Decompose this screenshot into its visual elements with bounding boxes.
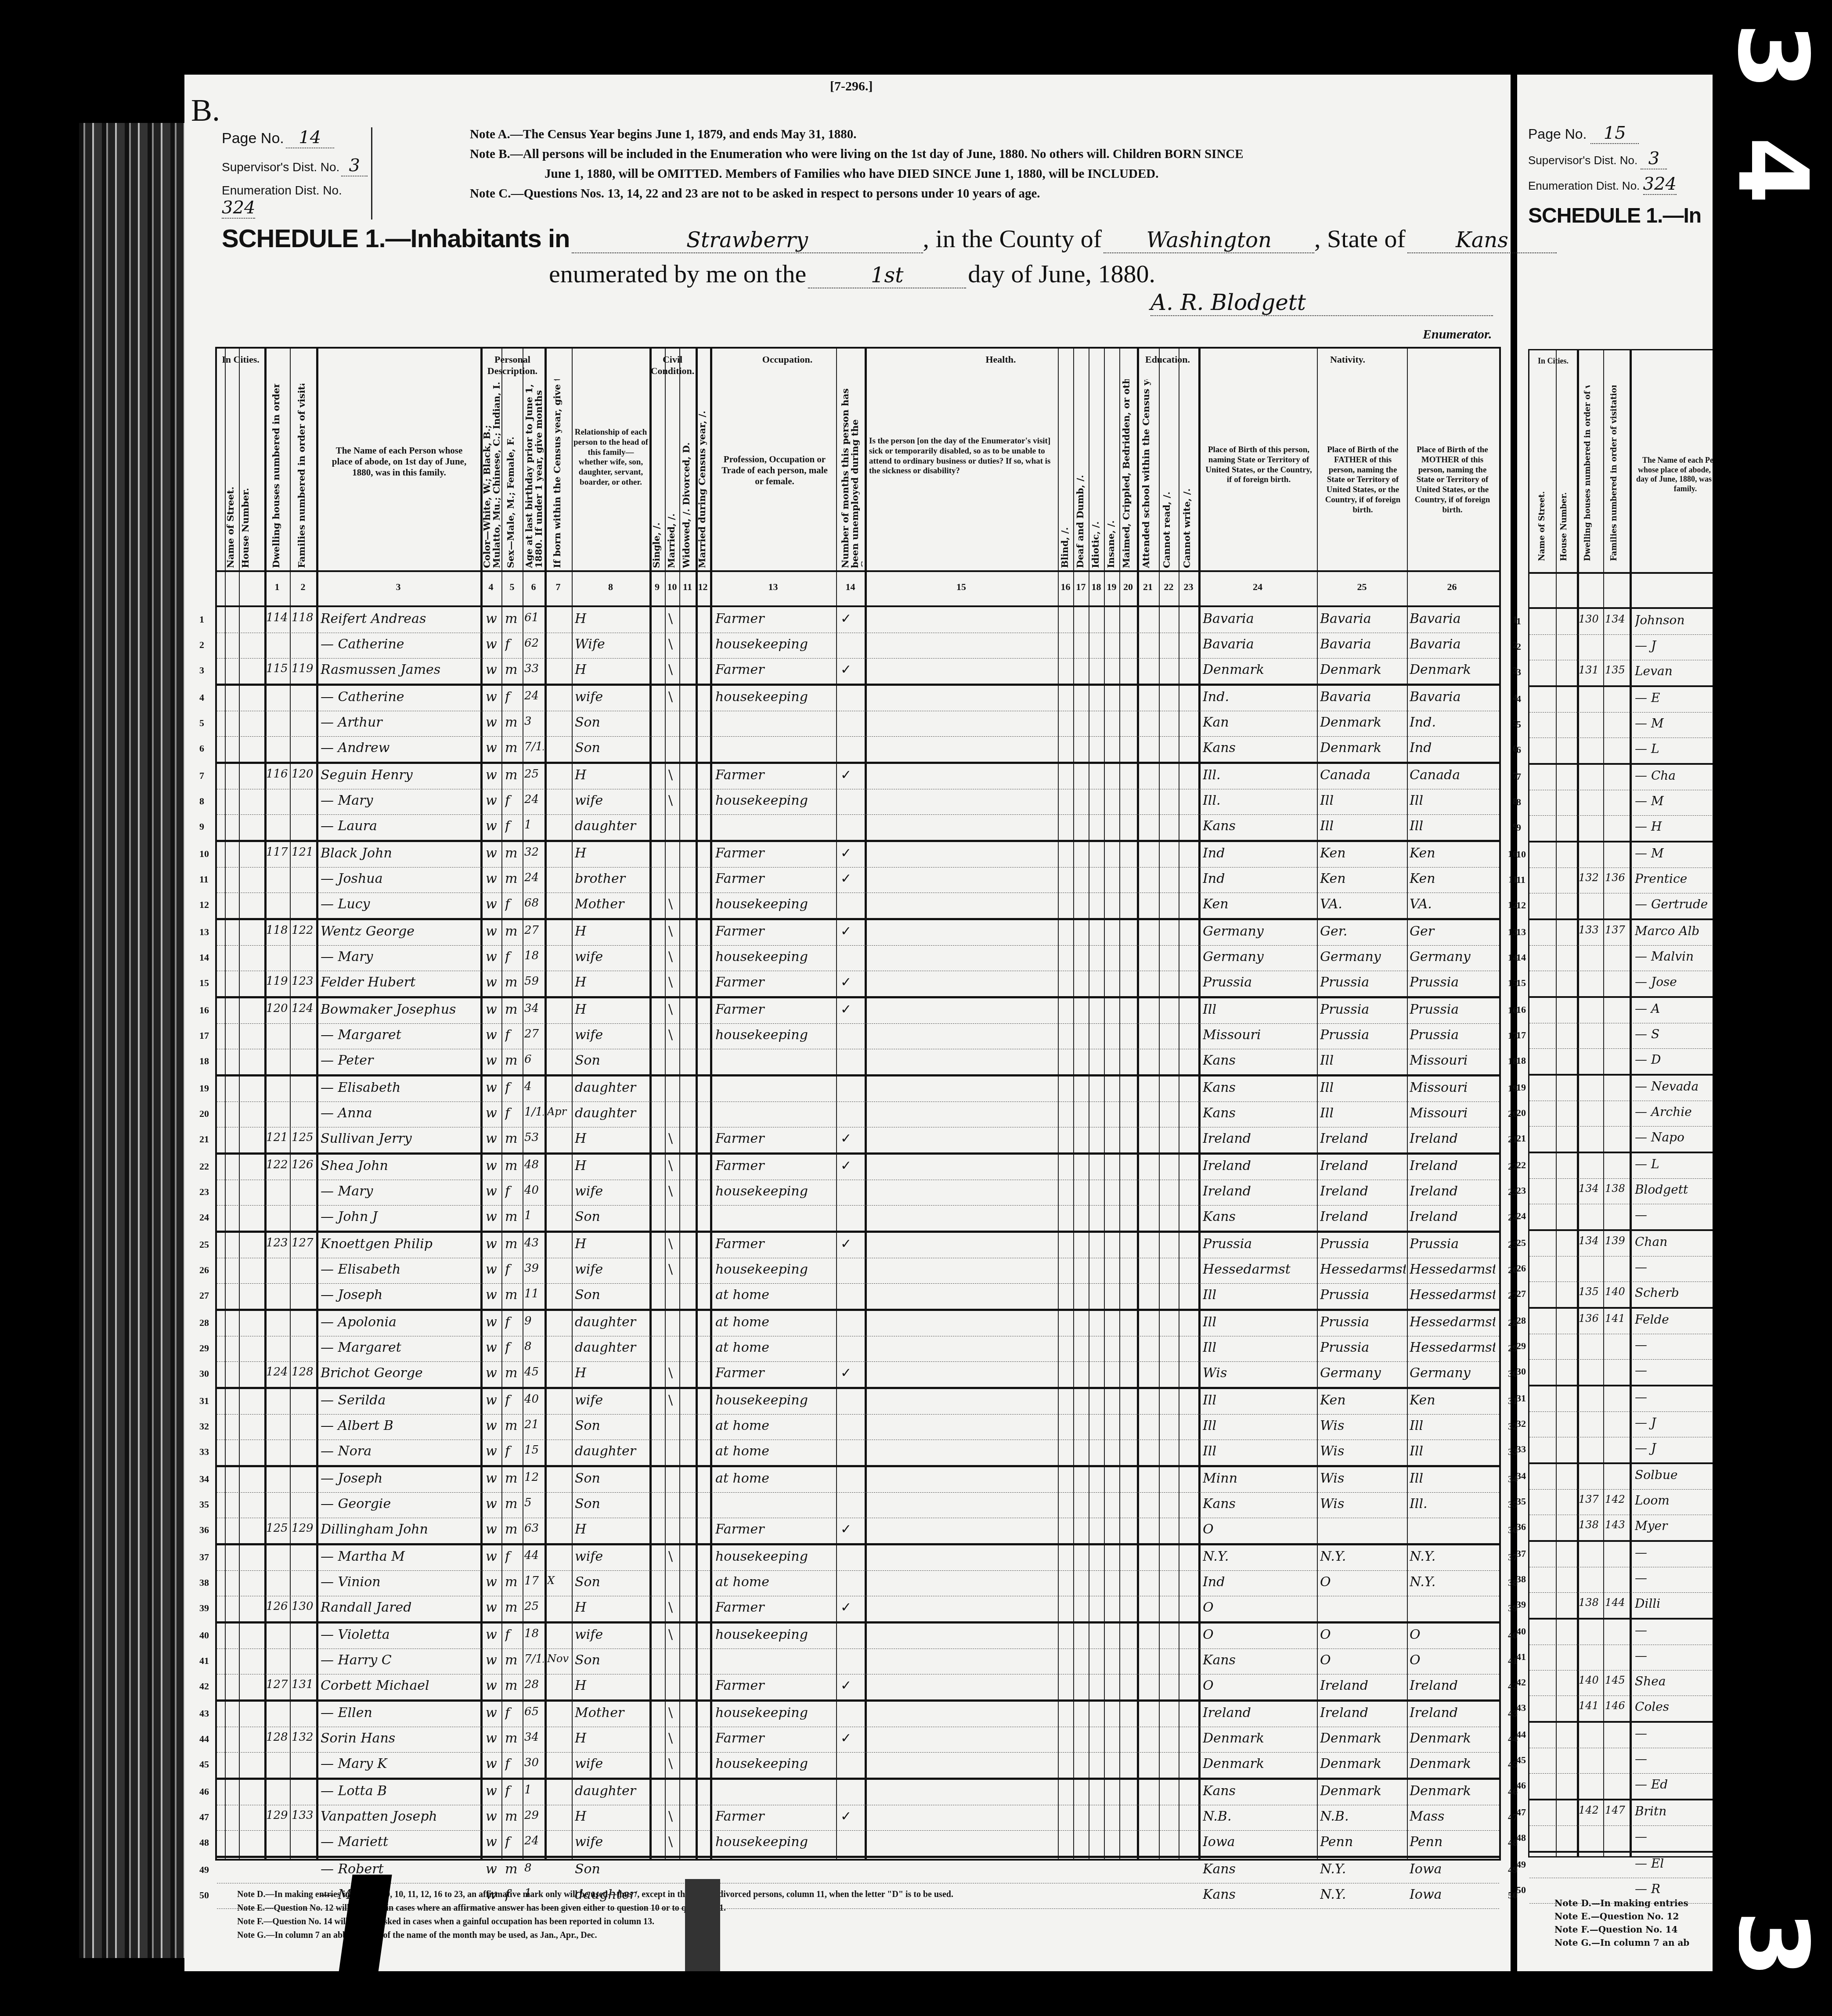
census-rows: 1 114 118 Reifert Andreas w m 61 H \ Far… (217, 608, 1499, 1909)
married-mark: \ (668, 1158, 679, 1174)
color: w (486, 1756, 500, 1771)
rp-family-number: 147 (1605, 1804, 1629, 1816)
married-mark: \ (668, 949, 679, 965)
line-number: 13 (199, 926, 209, 938)
father-birthplace: Prussia (1320, 975, 1406, 990)
rp-table-row: 4 — E (1529, 687, 1736, 713)
sex: f (505, 637, 522, 652)
occupation: Farmer (715, 1236, 834, 1252)
rp-table-row: 38 — (1529, 1567, 1736, 1593)
rp-family-number: 141 (1605, 1312, 1629, 1325)
person-name: — Mariett (321, 1834, 479, 1850)
colnum-2: 2 (290, 581, 316, 593)
person-name: — Catherine (321, 637, 479, 652)
line-number: 45 (199, 1759, 209, 1770)
sex: m (505, 871, 522, 886)
dwelling-number: 122 (266, 1158, 289, 1171)
colnum-24: 24 (1198, 581, 1317, 593)
state-label: , State of (1314, 224, 1406, 253)
occupation: at home (715, 1418, 834, 1433)
age: 48 (524, 1158, 544, 1171)
mother-birthplace: Hessedarmst (1410, 1262, 1495, 1277)
family-number: 124 (292, 1002, 315, 1015)
rp-supervisors-value: 3 (1641, 148, 1667, 169)
age: 24 (524, 871, 544, 884)
relationship: brother (575, 871, 647, 886)
rp-line-number: 32 (1516, 1418, 1526, 1429)
father-birthplace: Ireland (1320, 1184, 1406, 1199)
relationship: H (575, 1678, 647, 1693)
father-birthplace: Ill (1320, 1080, 1406, 1095)
mother-birthplace: Ireland (1410, 1131, 1495, 1146)
header-idiotic: Idiotic, /. (1091, 379, 1102, 568)
table-row: 36 125 129 Dillingham John w m 63 H Farm… (217, 1518, 1499, 1545)
age: 25 (524, 1600, 544, 1613)
rp-line-number: 14 (1516, 952, 1526, 963)
person-name: — Joshua (321, 871, 479, 886)
sex: m (505, 1158, 522, 1174)
relationship: H (575, 1236, 647, 1252)
relationship: daughter (575, 1080, 647, 1095)
header-deaf: Deaf and Dumb, /. (1075, 379, 1087, 568)
birthplace: Iowa (1203, 1834, 1315, 1850)
sex: f (505, 1756, 522, 1771)
rp-header-house: House Number. (1560, 385, 1572, 561)
line-number: 16 (199, 1004, 209, 1016)
father-birthplace: Denmark (1320, 740, 1406, 756)
dwelling-number: 120 (266, 1002, 289, 1015)
color: w (486, 949, 500, 965)
dwelling-number: 123 (266, 1236, 289, 1249)
color: w (486, 1053, 500, 1068)
header-single: Single, /. (652, 379, 663, 568)
rp-line-number: 46 (1516, 1780, 1526, 1791)
rp-family-number: 139 (1605, 1235, 1629, 1247)
color: w (486, 1393, 500, 1408)
rp-line-number: 38 (1516, 1573, 1526, 1585)
line-number: 9 (199, 821, 204, 832)
father-birthplace: Germany (1320, 949, 1406, 965)
colnum-8: 8 (572, 581, 649, 593)
age: 24 (524, 793, 544, 806)
birthplace: Ill (1203, 1002, 1315, 1017)
color: w (486, 1574, 500, 1590)
line-number: 43 (199, 1708, 209, 1719)
rp-dwelling-number: 131 (1579, 664, 1602, 676)
birthplace: Kans (1203, 740, 1315, 756)
color: w (486, 689, 500, 705)
occupation: housekeeping (715, 689, 834, 705)
married-mark: \ (668, 896, 679, 912)
line-number: 46 (199, 1786, 209, 1797)
unemployed-mark: ✓ (840, 1236, 862, 1252)
relationship: wife (575, 1184, 647, 1199)
family-number: 118 (292, 611, 315, 624)
sex: f (505, 949, 522, 965)
line-number: 39 (199, 1602, 209, 1614)
color: w (486, 1809, 500, 1824)
family-number: 121 (292, 846, 315, 859)
family-number: 131 (292, 1678, 315, 1691)
color: w (486, 740, 500, 756)
header-school: Attended school within the Census year, … (1141, 379, 1157, 568)
line-number: 31 (199, 1395, 209, 1407)
rp-line-number: 13 (1516, 926, 1526, 938)
age: 45 (524, 1365, 544, 1379)
father-birthplace: Ken (1320, 1393, 1406, 1408)
rp-family-number: 137 (1605, 924, 1629, 936)
occupation: Farmer (715, 846, 834, 861)
age: 29 (524, 1809, 544, 1822)
married-mark: \ (668, 1756, 679, 1771)
age: 28 (524, 1678, 544, 1691)
father-birthplace: Bavaria (1320, 611, 1406, 626)
sex: f (505, 1080, 522, 1095)
mother-birthplace: Denmark (1410, 662, 1495, 677)
line-number: 6 (199, 743, 204, 754)
relationship: wife (575, 1027, 647, 1043)
color: w (486, 1652, 500, 1668)
person-name: — Apolonia (321, 1314, 479, 1330)
colnum-26: 26 (1407, 581, 1497, 593)
dwelling-number: 129 (266, 1809, 289, 1822)
birthplace: Ind (1203, 871, 1315, 886)
rp-dwelling-number: 141 (1579, 1699, 1602, 1712)
rp-table-row: 35 137 142 Loom (1529, 1490, 1736, 1515)
relationship: daughter (575, 818, 647, 834)
occupation: housekeeping (715, 1834, 834, 1850)
table-row: 32 — Albert B w m 21 Son at home Ill Wis… (217, 1415, 1499, 1440)
dwelling-number: 116 (266, 767, 289, 781)
unemployed-mark: ✓ (840, 1731, 862, 1746)
birthplace: Ill (1203, 1418, 1315, 1433)
father-birthplace: Prussia (1320, 1287, 1406, 1303)
mother-birthplace: Ireland (1410, 1705, 1495, 1721)
mother-birthplace: N.Y. (1410, 1574, 1495, 1590)
rp-table-row: 1 130 134 Johnson (1529, 609, 1736, 635)
table-row: 45 — Mary K w f 30 wife \ housekeeping D… (217, 1753, 1499, 1780)
mother-birthplace: Ken (1410, 846, 1495, 861)
line-number: 37 (199, 1552, 209, 1563)
father-birthplace: Wis (1320, 1496, 1406, 1512)
rp-table-row: 39 138 144 Dilli (1529, 1593, 1736, 1620)
rp-dwelling-number: 138 (1579, 1596, 1602, 1609)
father-birthplace: Ken (1320, 871, 1406, 886)
person-name: — Violetta (321, 1627, 479, 1642)
enumerator-signature: A. R. Blodgett (1150, 290, 1493, 316)
relationship: H (575, 1731, 647, 1746)
color: w (486, 1027, 500, 1043)
unemployed-mark: ✓ (840, 924, 862, 939)
person-name: — Peter (321, 1053, 479, 1068)
mother-birthplace: Mass (1410, 1809, 1495, 1824)
color: w (486, 1340, 500, 1355)
rp-table-row: 46 — Ed (1529, 1774, 1736, 1800)
age: 68 (524, 896, 544, 910)
dwelling-number: 125 (266, 1522, 289, 1535)
birth-month: X (547, 1574, 571, 1587)
unemployed-mark: ✓ (840, 662, 862, 677)
rp-supervisors-label: Supervisor's Dist. No. (1528, 154, 1637, 167)
line-number: 36 (199, 1524, 209, 1536)
rp-dwelling-number: 133 (1579, 924, 1602, 936)
sex: m (505, 975, 522, 990)
father-birthplace: Ken (1320, 846, 1406, 861)
enumerated-line: enumerated by me on the 1st day of June,… (549, 259, 1155, 288)
line-number: 5 (199, 717, 204, 729)
header-birth: Place of Birth of this person, naming St… (1203, 445, 1315, 485)
relationship: Son (575, 1209, 647, 1224)
line-number: 32 (199, 1421, 209, 1432)
person-name: — Nora (321, 1444, 479, 1459)
color: w (486, 1262, 500, 1277)
colnum-7: 7 (545, 581, 572, 593)
colnum-5: 5 (501, 581, 523, 593)
occupation: Farmer (715, 1365, 834, 1381)
line-number: 28 (199, 1317, 209, 1328)
header-sex: Sex—Male, M.; Female, F. (506, 379, 519, 568)
mother-birthplace: Germany (1410, 1365, 1495, 1381)
relationship: daughter (575, 1340, 647, 1355)
father-birthplace: VA. (1320, 896, 1406, 912)
rp-table-row: 47 142 147 Britn (1529, 1800, 1736, 1826)
header-color: Color—White, W.; Black, B.; Mulatto, Mu.… (482, 379, 501, 568)
age: 11 (524, 1287, 544, 1300)
line-number: 19 (199, 1083, 209, 1094)
rp-table-row: 33 — J (1529, 1437, 1736, 1464)
table-row: 9 — Laura w f 1 daughter Kans Ill Ill 9 (217, 815, 1499, 842)
occupation: at home (715, 1574, 834, 1590)
rp-line-number: 33 (1516, 1444, 1526, 1455)
sex: m (505, 1652, 522, 1668)
father-birthplace: Denmark (1320, 1731, 1406, 1746)
table-row: 17 — Margaret w f 27 wife \ housekeeping… (217, 1024, 1499, 1049)
colnum-25: 25 (1317, 581, 1407, 593)
rp-line-number: 6 (1516, 744, 1521, 756)
age: 27 (524, 924, 544, 937)
person-name: Corbett Michael (321, 1678, 479, 1693)
rp-family-number: 145 (1605, 1674, 1629, 1686)
table-row: 27 — Joseph w m 11 Son at home Ill Pruss… (217, 1284, 1499, 1311)
color: w (486, 975, 500, 990)
person-name: Felder Hubert (321, 975, 479, 990)
birthplace: Denmark (1203, 1731, 1315, 1746)
rp-table-row: 32 — J (1529, 1412, 1736, 1437)
line-number: 24 (199, 1212, 209, 1223)
family-number: 122 (292, 924, 315, 937)
line-number: 26 (199, 1264, 209, 1276)
married-mark: \ (668, 1731, 679, 1746)
line-number: 35 (199, 1499, 209, 1510)
rp-table-row: 26 — (1529, 1256, 1736, 1282)
rp-family-number: 138 (1605, 1182, 1629, 1195)
rp-table-row: 3 131 135 Levan (1529, 660, 1736, 687)
sex: m (505, 924, 522, 939)
rp-table-row: 25 134 139 Chan (1529, 1231, 1736, 1256)
father-birthplace: Prussia (1320, 1314, 1406, 1330)
rp-line-number: 19 (1516, 1082, 1526, 1093)
person-name: Black John (321, 846, 479, 861)
father-birthplace: Prussia (1320, 1027, 1406, 1043)
occupation: Farmer (715, 1600, 834, 1615)
occupation: Farmer (715, 1002, 834, 1017)
rp-table-row: 14 — Malvin (1529, 946, 1736, 971)
table-row: 26 — Elisabeth w f 39 wife \ housekeepin… (217, 1258, 1499, 1284)
person-name: Shea John (321, 1158, 479, 1174)
line-number: 11 (199, 874, 209, 885)
birthplace: Missouri (1203, 1027, 1315, 1043)
rp-line-number: 43 (1516, 1702, 1526, 1714)
unemployed-mark: ✓ (840, 1158, 862, 1174)
father-birthplace: Penn (1320, 1834, 1406, 1850)
line-number: 1 (199, 614, 204, 625)
age: 1 (524, 818, 544, 832)
rp-line-number: 21 (1516, 1133, 1526, 1144)
right-page-header: Page No. 15 Supervisor's Dist. No. 3 Enu… (1528, 123, 1730, 228)
unemployed-mark: ✓ (840, 1522, 862, 1537)
mother-birthplace: Missouri (1410, 1080, 1495, 1095)
dwelling-number: 117 (266, 846, 289, 859)
age: 17 (524, 1574, 544, 1588)
relationship: H (575, 1002, 647, 1017)
dwelling-number: 118 (266, 924, 289, 937)
color: w (486, 924, 500, 939)
color: w (486, 1496, 500, 1512)
relationship: wife (575, 1262, 647, 1277)
rp-line-number: 31 (1516, 1393, 1526, 1404)
occupation: housekeeping (715, 1262, 834, 1277)
sex: m (505, 1522, 522, 1537)
line-number: 23 (199, 1186, 209, 1198)
birthplace: Ken (1203, 896, 1315, 912)
occupation: at home (715, 1287, 834, 1303)
relationship: H (575, 1131, 647, 1146)
rp-line-number: 39 (1516, 1599, 1526, 1610)
relationship: daughter (575, 1783, 647, 1799)
birthplace: Kans (1203, 1209, 1315, 1224)
dwelling-number: 128 (266, 1731, 289, 1744)
color: w (486, 1184, 500, 1199)
sex: m (505, 1600, 522, 1615)
line-number: 3 (199, 665, 204, 676)
birthplace: Ind. (1203, 689, 1315, 705)
married-mark: \ (668, 1809, 679, 1824)
occupation: housekeeping (715, 637, 834, 652)
sex: f (505, 1705, 522, 1721)
father-birthplace: Ireland (1320, 1209, 1406, 1224)
person-name: — Joseph (321, 1471, 479, 1486)
mother-birthplace: O (1410, 1652, 1495, 1668)
birthplace: Kans (1203, 1053, 1315, 1068)
married-mark: \ (668, 1393, 679, 1408)
occupation: housekeeping (715, 949, 834, 965)
married-mark: \ (668, 1002, 679, 1017)
married-mark: \ (668, 1365, 679, 1381)
note-b: Note B.—All persons will be included in … (470, 147, 1244, 162)
table-row: 13 118 122 Wentz George w m 27 H \ Farme… (217, 920, 1499, 946)
sheet-letter: B. (191, 92, 220, 129)
page-shadow (184, 1971, 1063, 2016)
table-row: 15 119 123 Felder Hubert w m 59 H \ Farm… (217, 971, 1499, 998)
father-birthplace: Hessedarmst (1320, 1262, 1406, 1277)
line-number: 7 (199, 770, 204, 781)
colnum-9: 9 (649, 581, 665, 593)
table-row: 7 116 120 Seguin Henry w m 25 H \ Farmer… (217, 764, 1499, 789)
age: 63 (524, 1522, 544, 1535)
rp-line-number: 10 (1516, 849, 1526, 860)
colnum-21: 21 (1137, 581, 1159, 593)
sex: f (505, 1834, 522, 1850)
sex: f (505, 1393, 522, 1408)
birthplace: Germany (1203, 924, 1315, 939)
color: w (486, 896, 500, 912)
person-name: — Vinion (321, 1574, 479, 1590)
sex: f (505, 1262, 522, 1277)
married-mark: \ (668, 689, 679, 705)
rp-dwelling-number: 142 (1579, 1804, 1602, 1816)
birthplace: Ill. (1203, 793, 1315, 808)
rp-dwelling-number: 137 (1579, 1493, 1602, 1505)
rp-table-row: 12 — Gertrude (1529, 893, 1736, 920)
family-number: 127 (292, 1236, 315, 1249)
color: w (486, 611, 500, 626)
rp-note-f: Note F.—Question No. 14 (1554, 1923, 1689, 1936)
header-unemployed: Number of months this person has been un… (840, 379, 862, 568)
age: 12 (524, 1471, 544, 1484)
father-birthplace: Ill (1320, 818, 1406, 834)
rp-line-number: 50 (1516, 1884, 1526, 1896)
colnum-14: 14 (836, 581, 865, 593)
color: w (486, 1209, 500, 1224)
dwelling-number: 127 (266, 1678, 289, 1691)
age: 18 (524, 949, 544, 962)
rp-table-row: 10 — M (1529, 842, 1736, 868)
relationship: H (575, 1522, 647, 1537)
sex: m (505, 740, 522, 756)
colnum-13: 13 (710, 581, 836, 593)
colnum-15: 15 (865, 581, 1058, 593)
occupation: housekeeping (715, 1027, 834, 1043)
occupation: housekeeping (715, 1549, 834, 1564)
rp-dwelling-number: 136 (1579, 1312, 1602, 1325)
rp-line-number: 22 (1516, 1159, 1526, 1171)
rp-line-number: 48 (1516, 1832, 1526, 1843)
color: w (486, 1783, 500, 1799)
person-name: Vanpatten Joseph (321, 1809, 479, 1824)
relationship: wife (575, 1549, 647, 1564)
table-row: 18 — Peter w m 6 Son Kans Ill Missouri 1… (217, 1049, 1499, 1076)
father-birthplace: Ger. (1320, 924, 1406, 939)
color: w (486, 1287, 500, 1303)
mother-birthplace: Ireland (1410, 1209, 1495, 1224)
person-name: Randall Jared (321, 1600, 479, 1615)
mother-birthplace: Missouri (1410, 1053, 1495, 1068)
header-occupation: Profession, Occupation or Trade of each … (718, 454, 832, 487)
line-number: 17 (199, 1030, 209, 1041)
mother-birthplace: Canada (1410, 767, 1495, 783)
note-c: Note C.—Questions Nos. 13, 14, 22 and 23… (470, 187, 1040, 201)
dwelling-number: 115 (266, 662, 289, 675)
enumerator-label: Enumerator. (1423, 327, 1492, 342)
table-row: 4 — Catherine w f 24 wife \ housekeeping… (217, 686, 1499, 711)
note-e: Note E.—Question No. 12 will be asked in… (237, 1901, 953, 1915)
sex: m (505, 715, 522, 730)
rp-table-row: 30 — (1529, 1360, 1736, 1386)
occupation: housekeeping (715, 793, 834, 808)
sex: f (505, 1105, 522, 1121)
rp-line-number: 36 (1516, 1521, 1526, 1533)
line-number: 42 (199, 1681, 209, 1692)
